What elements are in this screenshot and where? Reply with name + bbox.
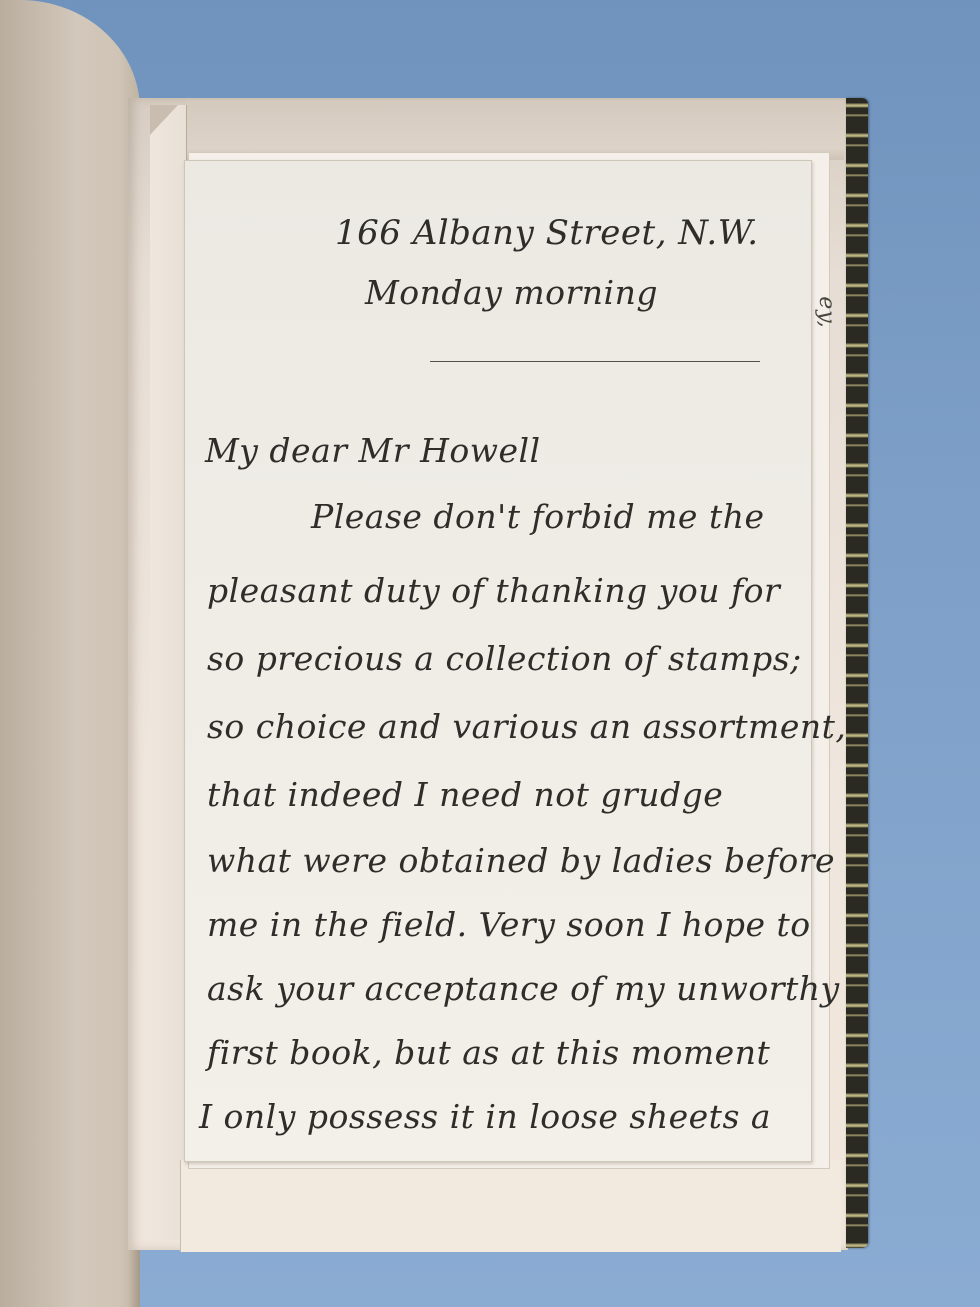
- body-line: pleasant duty of thanking you for: [207, 571, 780, 610]
- divider-rule: [430, 361, 760, 362]
- dateline: Monday morning: [365, 273, 658, 312]
- handwritten-letter: 166 Albany Street, N.W. Monday morning M…: [184, 160, 812, 1162]
- salutation: My dear Mr Howell: [205, 431, 541, 470]
- body-line: Please don't forbid me the: [311, 497, 765, 536]
- mount-bottom-margin: [180, 1160, 841, 1252]
- body-line: so choice and various an assortment,: [207, 707, 846, 746]
- address-line: 166 Albany Street, N.W.: [335, 213, 759, 253]
- hinge-flap: [150, 105, 187, 1240]
- body-line: what were obtained by ladies before: [207, 841, 835, 880]
- body-line: first book, but as at this moment: [207, 1033, 770, 1072]
- body-line: me in the field. Very soon I hope to: [207, 905, 811, 944]
- margin-note: ey,: [814, 296, 839, 329]
- body-line: ask your acceptance of my unworthy: [207, 969, 840, 1008]
- body-line: I only possess it in loose sheets a: [199, 1097, 771, 1136]
- body-line: so precious a collection of stamps;: [207, 639, 802, 678]
- page-top-band: [186, 100, 844, 160]
- gilt-page-edge: [846, 98, 868, 1248]
- left-book-page: [0, 0, 140, 1307]
- body-line: that indeed I need not grudge: [207, 775, 723, 814]
